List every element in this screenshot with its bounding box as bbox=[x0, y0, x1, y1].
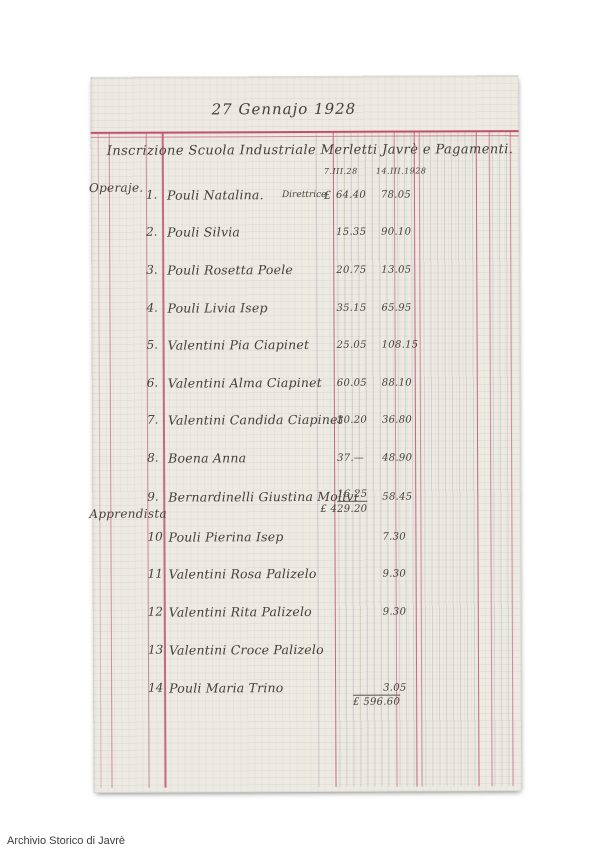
amount-col2: 36.80 bbox=[382, 415, 412, 426]
row-number: 13 bbox=[148, 643, 163, 657]
amount-col1: 37.— bbox=[337, 453, 364, 464]
ledger-row: 10 Pouli Pierina Isep 7.30 bbox=[92, 528, 520, 548]
row-name: Valentini Candida Ciapinet bbox=[168, 412, 343, 428]
row-number: 2. bbox=[146, 225, 158, 239]
amount-col1: 16.25 bbox=[337, 489, 367, 502]
row-number: 11 bbox=[148, 567, 163, 581]
row-name: Pouli Natalina. bbox=[167, 187, 264, 202]
row-number: 10 bbox=[147, 530, 162, 544]
ledger-row: 9. Bernardinelli Giustina Molivì 16.25 5… bbox=[92, 488, 520, 508]
ledger-row: 8. Boena Anna 37.— 48.90 bbox=[92, 449, 520, 469]
row-number: 8. bbox=[147, 451, 159, 465]
amount-col1: 30.20 bbox=[337, 415, 367, 426]
ledger-row: 13 Valentini Croce Palizelo bbox=[93, 641, 521, 661]
amount-col2: 9.30 bbox=[383, 569, 407, 580]
date-heading: 27 Gennajo 1928 bbox=[212, 100, 357, 119]
row-name: Valentini Pia Ciapinet bbox=[168, 337, 310, 353]
row-name: Pouli Pierina Isep bbox=[168, 529, 283, 545]
scanned-document: 27 Gennajo 1928 Inscrizione Scuola Indus… bbox=[0, 0, 600, 857]
row-role: Direttrice bbox=[282, 190, 327, 200]
row-number: 5. bbox=[147, 338, 159, 352]
amount-col2: 108.15 bbox=[382, 340, 419, 351]
ledger-row: 12 Valentini Rita Palizelo 9.30 bbox=[93, 603, 521, 623]
row-number: 9. bbox=[147, 490, 159, 504]
ledger-rows: 1. Pouli Natalina. Direttrice £ 64.40 78… bbox=[90, 75, 518, 77]
row-name: Boena Anna bbox=[168, 450, 246, 465]
subtotal-amount: £ 429.20 bbox=[320, 504, 367, 515]
row-number: 1. bbox=[146, 188, 158, 202]
row-name: Valentini Croce Palizelo bbox=[169, 642, 324, 658]
margin-label-apprendista: Apprendista bbox=[89, 507, 167, 521]
ledger-row: 14 Pouli Maria Trino 3.05 £ 596.60 bbox=[93, 679, 521, 699]
amount-col2: 58.45 bbox=[382, 492, 412, 503]
amount-col1: 25.05 bbox=[337, 340, 367, 351]
amount-col1: 60.05 bbox=[337, 378, 367, 389]
amount-col2: 3.05 bbox=[383, 683, 407, 694]
row-number: 6. bbox=[147, 376, 159, 390]
ledger-row: 3. Pouli Rosetta Poele 20.75 13.05 bbox=[91, 261, 519, 281]
row-number: 4. bbox=[146, 301, 158, 315]
amount-col2: 48.90 bbox=[382, 453, 412, 464]
row-name: Pouli Rosetta Poele bbox=[167, 262, 293, 278]
amount-col2: 90.10 bbox=[381, 227, 411, 238]
ledger-row: 5. Valentini Pia Ciapinet 25.05 108.15 bbox=[92, 336, 520, 356]
row-name: Valentini Alma Ciapinet bbox=[168, 375, 322, 391]
row-number: 3. bbox=[146, 263, 158, 277]
ledger-page: 27 Gennajo 1928 Inscrizione Scuola Indus… bbox=[90, 75, 521, 793]
amount-col1: 64.40 bbox=[336, 190, 366, 201]
row-number: 12 bbox=[148, 605, 163, 619]
amount-col1: 20.75 bbox=[336, 265, 366, 276]
total-amount: £ 596.60 bbox=[353, 695, 400, 708]
ledger-row: 2. Pouli Silvia 15.35 90.10 bbox=[91, 223, 519, 243]
amount-col2: 13.05 bbox=[381, 265, 411, 276]
column-header-date-1: 7.III.28 bbox=[324, 167, 358, 176]
row-name: Pouli Silvia bbox=[167, 224, 240, 239]
row-number: 7. bbox=[147, 413, 159, 427]
column-header-date-2: 14.III.1928 bbox=[376, 166, 427, 175]
amount-col2: 9.30 bbox=[383, 607, 407, 618]
amount-col2: 78.05 bbox=[381, 190, 411, 201]
amount-col1: 35.15 bbox=[336, 303, 366, 314]
row-number: 14 bbox=[148, 681, 163, 695]
row-name: Valentini Rita Palizelo bbox=[169, 604, 312, 620]
page-title: Inscrizione Scuola Industriale Merletti … bbox=[107, 142, 514, 159]
row-name: Bernardinelli Giustina Molivì bbox=[168, 489, 358, 505]
ledger-row: 1. Pouli Natalina. Direttrice £ 64.40 78… bbox=[91, 186, 519, 206]
amount-col2: 7.30 bbox=[382, 532, 406, 543]
amount-col2: 88.10 bbox=[382, 378, 412, 389]
row-name: Pouli Livia Isep bbox=[167, 300, 267, 315]
ledger-row: 4. Pouli Livia Isep 35.15 65.95 bbox=[91, 299, 519, 319]
archive-caption: Archivio Storico di Javrè bbox=[7, 835, 125, 847]
ledger-row: 7. Valentini Candida Ciapinet 30.20 36.8… bbox=[92, 411, 520, 431]
amount-col2: 65.95 bbox=[381, 303, 411, 314]
ledger-row: 6. Valentini Alma Ciapinet 60.05 88.10 bbox=[92, 374, 520, 394]
amount-col1: 15.35 bbox=[336, 227, 366, 238]
currency-symbol: £ bbox=[324, 189, 331, 202]
row-name: Valentini Rosa Palizelo bbox=[169, 566, 317, 582]
row-name: Pouli Maria Trino bbox=[169, 680, 283, 695]
ledger-row: 11 Valentini Rosa Palizelo 9.30 bbox=[93, 565, 521, 585]
